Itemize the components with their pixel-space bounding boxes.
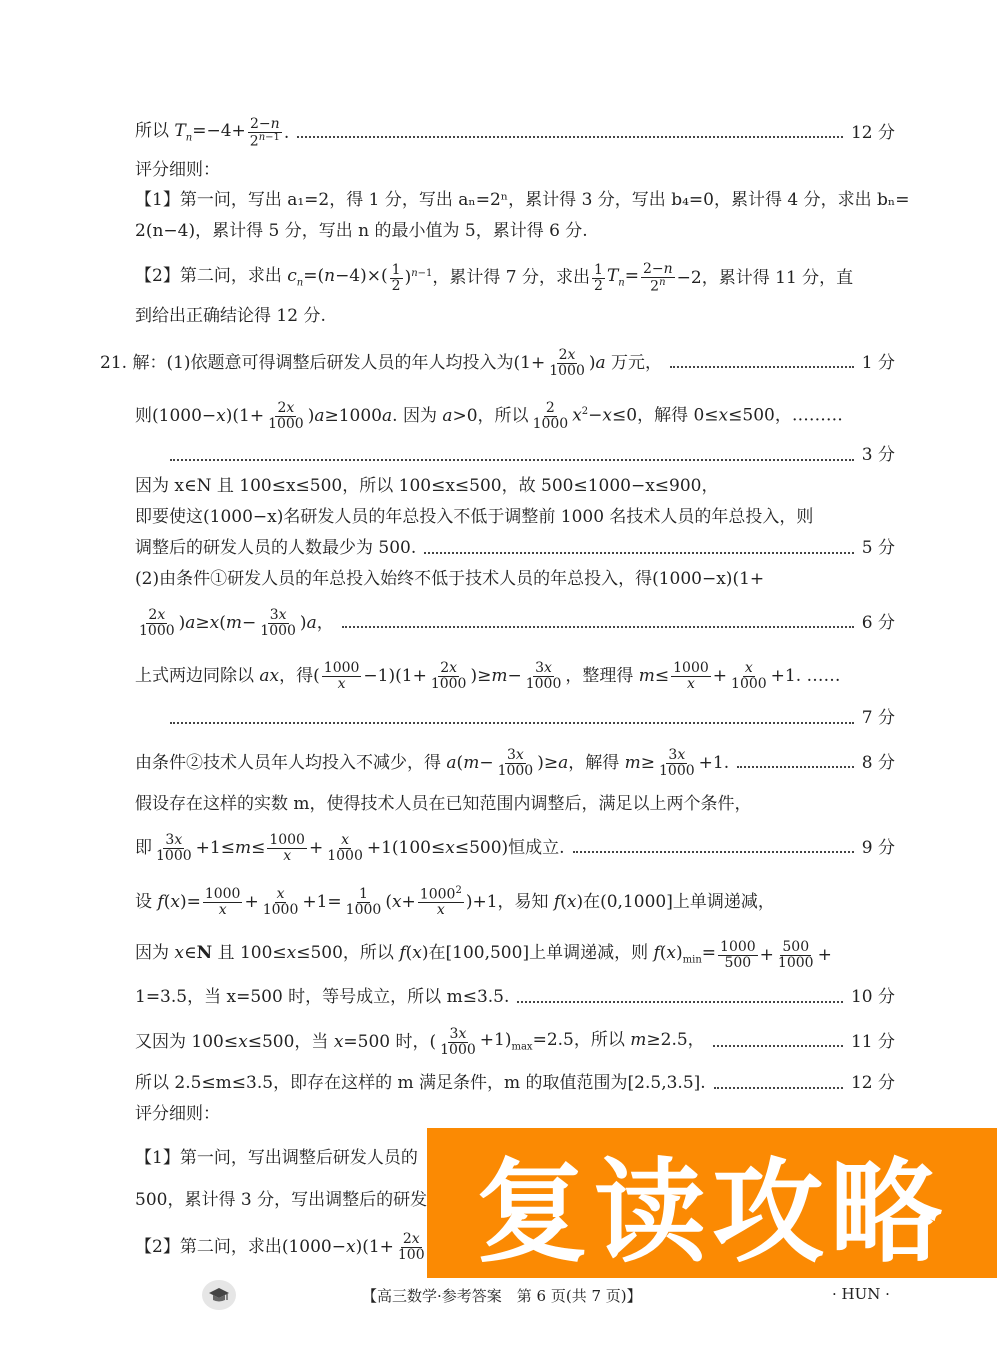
leader-dots — [170, 722, 854, 724]
leader-dots — [170, 459, 854, 461]
banner-text: 复读攻略 — [476, 1123, 948, 1284]
q21-line-5: 即要使这(1000−x)名研发人员的年总投入不低于调整前 1000 名技术人员的… — [135, 509, 895, 526]
watermark-banner: 复读攻略 — [427, 1128, 997, 1278]
q21-line-11: 由条件②技术人员年人均投入不减少，得 a(m− 3x1000 )≥a，解得 m≥… — [135, 748, 895, 778]
q21-line-3: 3 分 — [170, 447, 895, 464]
q21-line-4: 因为 x∈N 且 100≤x≤500，所以 100≤x≤500，故 500≤10… — [135, 478, 895, 495]
footer-region-code: · HUN · — [832, 1285, 890, 1303]
score-label: 12 分 — [851, 125, 895, 142]
leader-dots — [573, 851, 854, 853]
rubric-2-line-1: 【2】第二问，求出 cn=(n−4)×( 12 )n−1，累计得 7 分，求出 … — [135, 262, 895, 294]
leader-dots — [737, 766, 854, 768]
rubric-1-line-1: 【1】第一问，写出 a₁=2，得 1 分，写出 aₙ=2ⁿ，累计得 3 分，写出… — [135, 192, 895, 209]
line-1: 所以 Tn=−4+ 2−n2n−1 . 12 分 — [135, 117, 895, 149]
leader-dots — [670, 366, 854, 368]
q21-line-6: 调整后的研发人员的人数最少为 500. 5 分 — [135, 540, 895, 557]
leader-dots — [517, 1001, 843, 1003]
grading-heading: 评分细则： — [135, 162, 895, 179]
q21-line-13: 即 3x1000 +1≤m≤ 1000x + x1000 +1(100≤x≤50… — [135, 833, 895, 863]
q21-line-8: 2x1000 )a≥x(m− 3x1000 )a， 6 分 — [135, 608, 895, 638]
rubric-2-line-2: 到给出正确结论得 12 分. — [135, 308, 895, 325]
leader-dots — [714, 1087, 843, 1089]
fraction: 2−n2n−1 — [248, 117, 282, 149]
q21-line-2: 则(1000−x)(1+ 2x1000 )a≥1000a. 因为 a>0，所以 … — [135, 401, 895, 431]
leader-dots — [713, 1045, 843, 1047]
q21-line-17: 又因为 100≤x≤500，当 x=500 时，( 3x1000 +1)max=… — [135, 1027, 895, 1057]
text: 所以 Tn=−4+ — [135, 123, 246, 143]
rubric-1-line-2: 2(n−4)，累计得 5 分，写出 n 的最小值为 5，累计得 6 分. — [135, 223, 895, 240]
grading-heading-2: 评分细则： — [135, 1106, 895, 1123]
q21-line-9: 上式两边同除以 ax，得( 1000x −1)(1+ 2x1000 )≥m− 3… — [135, 661, 895, 691]
footer-page-info: 【高三数学·参考答案 第 6 页(共 7 页)】 — [362, 1285, 642, 1306]
page-footer: 【高三数学·参考答案 第 6 页(共 7 页)】 · HUN · — [0, 1283, 1000, 1307]
q21-line-15: 因为 x∈N 且 100≤x≤500，所以 f(x)在[100,500]上单调递… — [135, 940, 895, 970]
leader-dots — [342, 626, 854, 628]
graduation-cap-icon — [202, 1280, 236, 1310]
q21-line-1: 21. 解：(1)依题意可得调整后研发人员的年人均投入为(1+ 2x1000 )… — [100, 348, 895, 378]
q21-line-7: (2)由条件①研发人员的年总投入始终不低于技术人员的年总投入，得(1000−x)… — [135, 571, 895, 588]
q21-line-18: 所以 2.5≤m≤3.5，即存在这样的 m 满足条件，m 的取值范围为[2.5,… — [135, 1075, 895, 1092]
q21-line-16: 1=3.5，当 x=500 时，等号成立，所以 m≤3.5. 10 分 — [135, 989, 895, 1006]
leader-dots — [297, 136, 843, 138]
q21-line-12: 假设存在这样的实数 m，使得技术人员在已知范围内调整后，满足以上两个条件， — [135, 796, 895, 813]
q21-line-14: 设 f(x)= 1000x + x1000 +1= 11000 (x+ 1000… — [135, 886, 895, 918]
q21-line-10: 7 分 — [170, 710, 895, 727]
leader-dots — [424, 552, 854, 554]
